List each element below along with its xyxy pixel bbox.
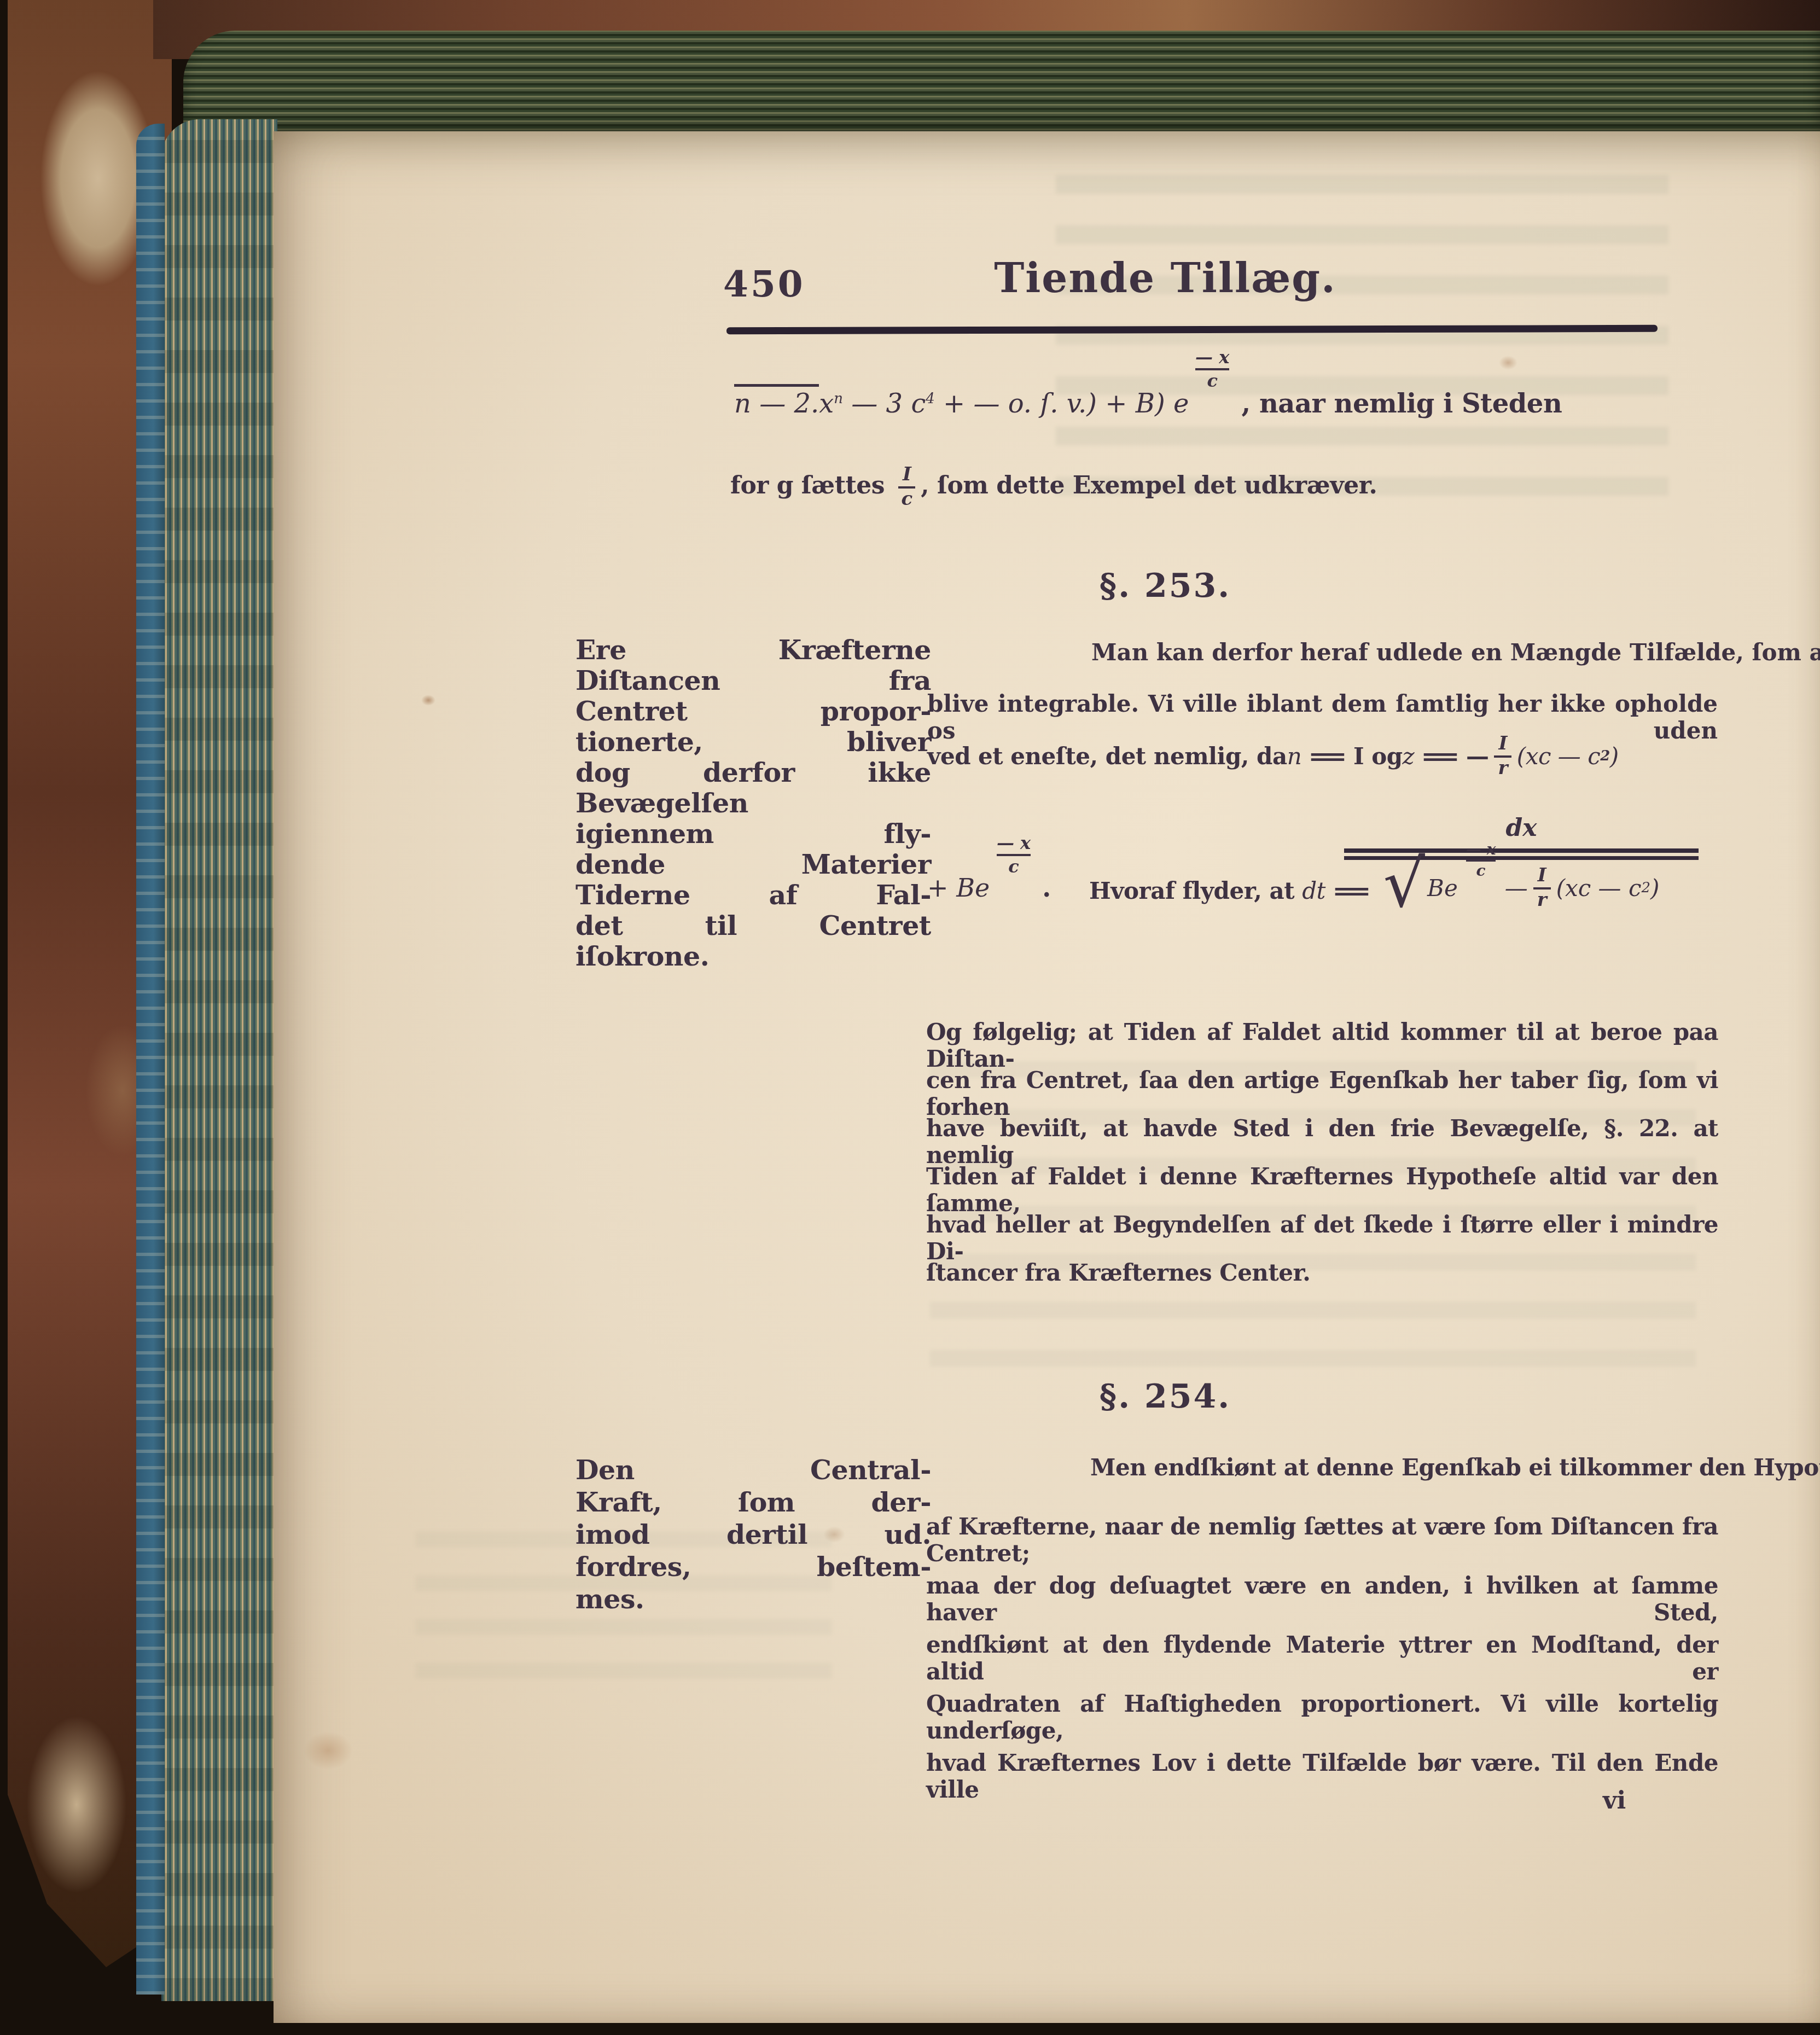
exp-denominator: c: [1207, 372, 1217, 389]
minus-sign: —: [1466, 743, 1489, 770]
fraction-denominator: c: [902, 489, 912, 510]
text-hvoraf-flyder: Hvoraf flyder, at: [1089, 877, 1302, 904]
exponent-fraction: — xc: [1466, 842, 1496, 879]
equals-sign: =: [1306, 743, 1350, 770]
body-line: Men endſkiønt at denne Egenſkab ei tilko…: [926, 1454, 1718, 1513]
text-ved-et: ved et eneſte, det nemlig, da: [927, 743, 1287, 770]
margin-line: imod dertil ud.: [575, 1519, 931, 1551]
fraction-numerator: I: [898, 464, 915, 489]
book-page: 450 Tiende Tillæg. n — 2.xn — 3 c4 + — o…: [274, 131, 1820, 2023]
body-line: hvad Kræfternes Lov i dette Tilfælde bør…: [926, 1749, 1718, 1809]
margin-note-254: Den Central- Kraft, ſom der- imod dertil…: [575, 1454, 931, 1615]
margin-line: dog derfor ikke: [575, 757, 931, 788]
display-formula: + Be— xc. Hvoraf flyder, at dt= dx √Be— …: [927, 814, 1718, 989]
equals-sign: =: [1418, 743, 1462, 770]
header-rule: [726, 325, 1658, 334]
margin-line: Tiderne af Fal-: [575, 880, 931, 910]
paragraph-253: Og følgelig; at Tiden af Faldet altid ko…: [926, 1019, 1718, 1307]
fraction-1-over-c: Ic: [898, 464, 915, 510]
body-line: ſtancer fra Kræfternes Center.: [926, 1259, 1718, 1307]
body-line: Quadraten af Haſtigheden proportionert. …: [926, 1690, 1718, 1749]
close-paren: ): [1610, 743, 1619, 770]
body-line: hvad heller at Begyndelſen af det ſkede …: [926, 1211, 1718, 1259]
exponent-2: 2: [1642, 880, 1651, 896]
margin-line: dende Materier: [575, 849, 931, 880]
section-heading-254: §. 254.: [892, 1377, 1439, 1416]
formula-plus-Be: + Be— xc.: [927, 873, 1051, 903]
fraction-1-over-r: Ir: [1494, 733, 1511, 779]
exp-numerator: — x: [1195, 348, 1229, 366]
close-paren: ): [1650, 875, 1659, 902]
var-n: n: [1287, 743, 1302, 770]
formula-lead-text: Hvoraf flyder, at dt=: [1089, 877, 1377, 904]
text-naar-nemlig: , naar nemlig i Steden: [1241, 388, 1562, 419]
body-line: have beviiſt, at havde Sted i den frie B…: [926, 1115, 1718, 1163]
margin-line: Ere Kræfterne: [575, 635, 931, 665]
exponent-fraction: — xc: [1195, 348, 1229, 389]
text-for-g: for g ſættes: [730, 472, 893, 499]
margin-line: Bevægelſen: [575, 788, 931, 818]
body-line-with-formula: ved et eneſte, det nemlig, da n= I og z=…: [927, 733, 1619, 779]
body-line: cen fra Centret, ſaa den artige Egenſkab…: [926, 1067, 1718, 1115]
radical-sign: √: [1383, 860, 1425, 909]
formula-top-line1: n — 2.xn — 3 c4 + — o. ſ. v.) + B) e— xc…: [734, 388, 1562, 419]
fraction-1-over-r: Ir: [1533, 865, 1551, 911]
var-e: e: [975, 873, 990, 903]
page-number: 450: [723, 263, 805, 305]
text-som-dette: , ſom dette Exempel det udkræver.: [921, 472, 1377, 499]
body-line: Tiden af Faldet i denne Kræfternes Hypot…: [926, 1163, 1718, 1211]
formula-top-line2: for g ſættes Ic, ſom dette Exempel det u…: [730, 464, 1377, 510]
body-line: af Kræfterne, naar de nemlig ſættes at v…: [926, 1513, 1718, 1572]
var-B: B: [1427, 875, 1444, 902]
exp-denominator: c: [1008, 858, 1019, 875]
margin-line: Diſtancen fra: [575, 665, 931, 696]
plus-B: + B: [927, 873, 975, 903]
foxing-spot: [421, 695, 435, 706]
fraction-denominator: r: [1498, 758, 1507, 779]
exponent-2: 2: [1600, 748, 1610, 764]
fraction-numerator: I: [1494, 733, 1511, 758]
exp-numerator: — x: [997, 834, 1031, 852]
running-title: Tiende Tillæg.: [892, 255, 1439, 302]
var-dt: dt: [1302, 877, 1325, 904]
body-line: maa der dog deſuagtet være en anden, i h…: [926, 1572, 1718, 1631]
margin-line: fordres, beſtem-: [575, 1551, 931, 1583]
margin-line: Kraft, ſom der-: [575, 1486, 931, 1519]
term-xc-minus: (xc — c: [1517, 743, 1600, 770]
var-e: e: [1173, 388, 1189, 419]
numerator-dx: dx: [1506, 814, 1537, 842]
minus-sign: —: [1505, 875, 1528, 902]
body-line: Man kan derfor heraf udlede en Mængde Ti…: [927, 639, 1718, 666]
exponent-4: 4: [926, 391, 935, 407]
overlined-term: n — 2.: [734, 384, 819, 419]
fraction-bar: [1466, 859, 1496, 862]
big-fraction: dx √Be— xc — Ir(xc — c2): [1341, 814, 1702, 912]
margin-line: mes.: [575, 1583, 931, 1615]
section-heading-253: §. 253.: [892, 567, 1439, 605]
margin-note-253: Ere Kræfterne Diſtancen fra Centret prop…: [575, 635, 931, 972]
var-c: c: [911, 388, 926, 419]
denominator: √Be— xc — Ir(xc — c2): [1383, 863, 1660, 912]
var-z: z: [1403, 743, 1415, 770]
foxing-spot: [1499, 356, 1517, 370]
minus-3: — 3: [843, 388, 911, 419]
margin-line: Den Central-: [575, 1454, 931, 1486]
margin-line: iſokrone.: [575, 941, 931, 972]
catchword: vi: [1603, 1787, 1626, 1815]
e-with-exponent: e— xc: [1173, 388, 1189, 419]
exp-denominator: c: [1476, 863, 1486, 879]
margin-line: det til Centret: [575, 910, 931, 941]
term-xc-minus: (xc — c: [1556, 875, 1642, 902]
var-e: e: [1444, 875, 1458, 902]
paragraph-254: Men endſkiønt at denne Egenſkab ei tilko…: [926, 1454, 1718, 1809]
var-x: x: [819, 388, 834, 419]
foxing-spot: [304, 1731, 353, 1770]
margin-line: Centret propor-: [575, 696, 931, 726]
fraction-numerator: I: [1533, 865, 1551, 889]
value-one-og: I og: [1353, 743, 1403, 770]
e-with-exponent: e— xc: [1444, 875, 1458, 902]
exponent-fraction: — xc: [997, 834, 1031, 875]
margin-line: igiennem fly-: [575, 818, 931, 849]
page-edges-left: [161, 119, 277, 2001]
e-with-exponent: e— xc: [975, 873, 990, 903]
exponent-n: n: [834, 391, 843, 407]
page-edges-top: [183, 31, 1820, 135]
period: .: [1042, 873, 1051, 903]
fraction-denominator: r: [1537, 889, 1547, 911]
margin-line: tionerte, bliver: [575, 726, 931, 757]
body-line: Og følgelig; at Tiden af Faldet altid ko…: [926, 1019, 1718, 1067]
exp-numerator: — x: [1466, 842, 1496, 857]
series-etc: + — o. ſ. v.) + B): [935, 388, 1173, 419]
body-line: endſkiønt at den flydende Materie yttrer…: [926, 1631, 1718, 1690]
